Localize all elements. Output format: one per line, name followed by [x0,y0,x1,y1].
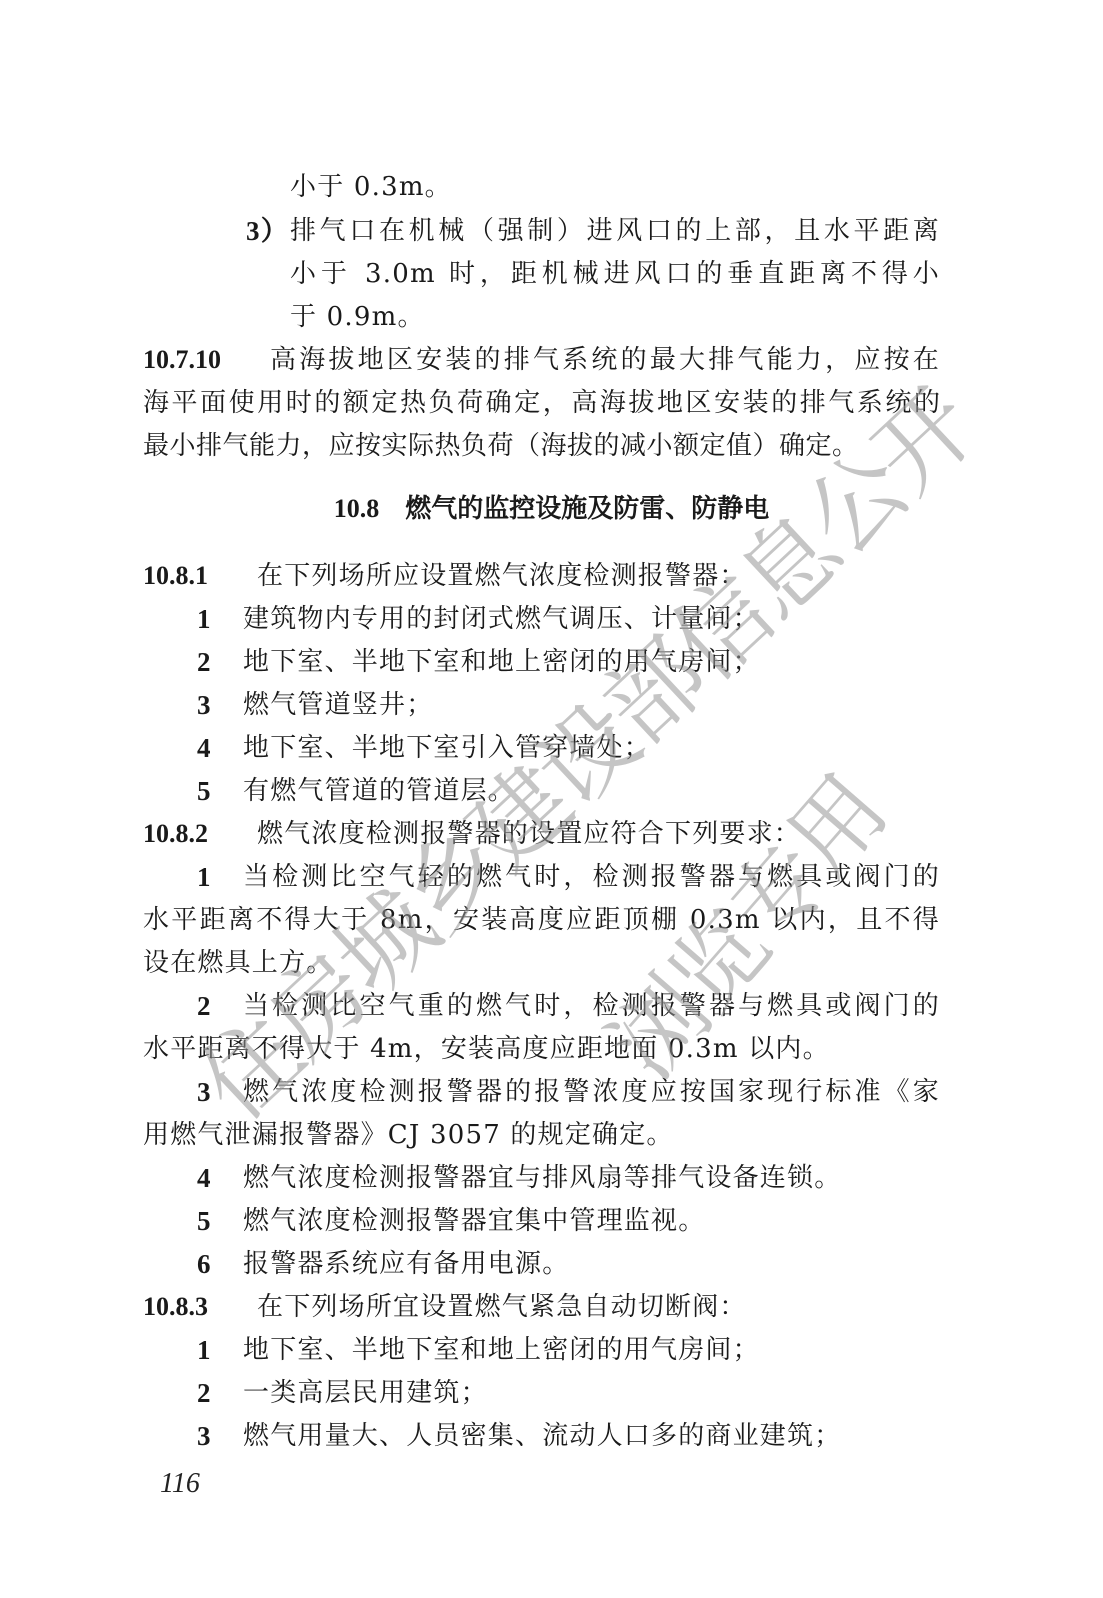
section-number: 10.8 [334,494,380,523]
clause-number-10-8-3: 10.8.3 [143,1290,208,1324]
list-item-text: 燃气浓度检测报警器宜集中管理监视。 [243,1204,705,1238]
list-item: 1 [197,1333,212,1368]
subitem-3-line-3: 于 0.9m。 [290,300,425,334]
list-item: 3 [197,1419,212,1454]
list-item: 6 [197,1247,212,1282]
clause-number-10-8-2: 10.8.2 [143,817,208,851]
page-number: 116 [160,1468,200,1500]
subitem-3-line-1: 排气口在机械（强制）进风口的上部，且水平距离 [290,214,940,248]
document-page: 小于 0.3m。 3） 排气口在机械（强制）进风口的上部，且水平距离 小于 3.… [0,0,1103,1598]
list-item-text: 地下室、半地下室引入管穿墙处； [243,731,651,765]
list-item-text: 当检测比空气重的燃气时，检测报警器与燃具或阀门的 [243,989,940,1023]
list-item-text: 燃气管道竖井； [243,688,433,722]
list-item-text: 建筑物内专用的封闭式燃气调压、计量间； [243,602,760,636]
list-item-text: 一类高层民用建筑； [243,1376,488,1410]
clause-10-7-10-line-1: 高海拔地区安装的排气系统的最大排气能力，应按在 [270,343,940,377]
clause-number-10-8-1: 10.8.1 [143,559,208,593]
clause-10-8-3-text: 在下列场所宜设置燃气紧急自动切断阀： [257,1290,747,1324]
list-item-text: 用燃气泄漏报警器》CJ 3057 的规定确定。 [143,1118,674,1152]
list-item: 5 [197,774,212,809]
list-item-text: 燃气浓度检测报警器宜与排风扇等排气设备连锁。 [243,1161,841,1195]
list-item-text: 地下室、半地下室和地上密闭的用气房间； [243,1333,760,1367]
list-item: 4 [197,731,212,766]
section-heading: 10.8燃气的监控设施及防雷、防静电 [0,492,1103,526]
clause-10-7-10-line-3: 最小排气能力，应按实际热负荷（海拔的减小额定值）确定。 [143,429,859,463]
list-item-text: 水平距离不得大于 4m，安装高度应距地面 0.3m 以内。 [143,1032,830,1066]
list-item: 2 [197,1376,212,1411]
list-item: 4 [197,1161,212,1196]
list-item: 2 [197,989,212,1024]
list-item: 2 [197,645,212,680]
list-item-text: 设在燃具上方。 [143,946,333,980]
subitem-3-line-2: 小于 3.0m 时，距机械进风口的垂直距离不得小 [290,257,940,291]
list-item-text: 水平距离不得大于 8m，安装高度应距顶棚 0.3m 以内，且不得 [143,903,940,937]
clause-10-8-1-text: 在下列场所应设置燃气浓度检测报警器： [257,559,747,593]
list-item: 1 [197,602,212,637]
list-item-text: 当检测比空气轻的燃气时，检测报警器与燃具或阀门的 [243,860,940,894]
clause-10-8-2-text: 燃气浓度检测报警器的设置应符合下列要求： [257,817,801,851]
list-item-text: 有燃气管道的管道层。 [243,774,515,808]
clause-number-10-7-10: 10.7.10 [143,343,221,377]
list-item: 3 [197,1075,212,1110]
clause-10-7-10-line-2: 海平面使用时的额定热负荷确定，高海拔地区安装的排气系统的 [143,386,940,420]
list-item-text: 燃气浓度检测报警器的报警浓度应按国家现行标准《家 [243,1075,940,1109]
continuation-line: 小于 0.3m。 [290,170,452,204]
subitem-marker: 3） [246,214,289,249]
list-item-text: 燃气用量大、人员密集、流动人口多的商业建筑； [243,1419,841,1453]
list-item-text: 报警器系统应有备用电源。 [243,1247,569,1281]
list-item-text: 地下室、半地下室和地上密闭的用气房间； [243,645,760,679]
list-item: 3 [197,688,212,723]
section-title: 燃气的监控设施及防雷、防静电 [405,494,769,524]
list-item: 1 [197,860,212,895]
list-item: 5 [197,1204,212,1239]
